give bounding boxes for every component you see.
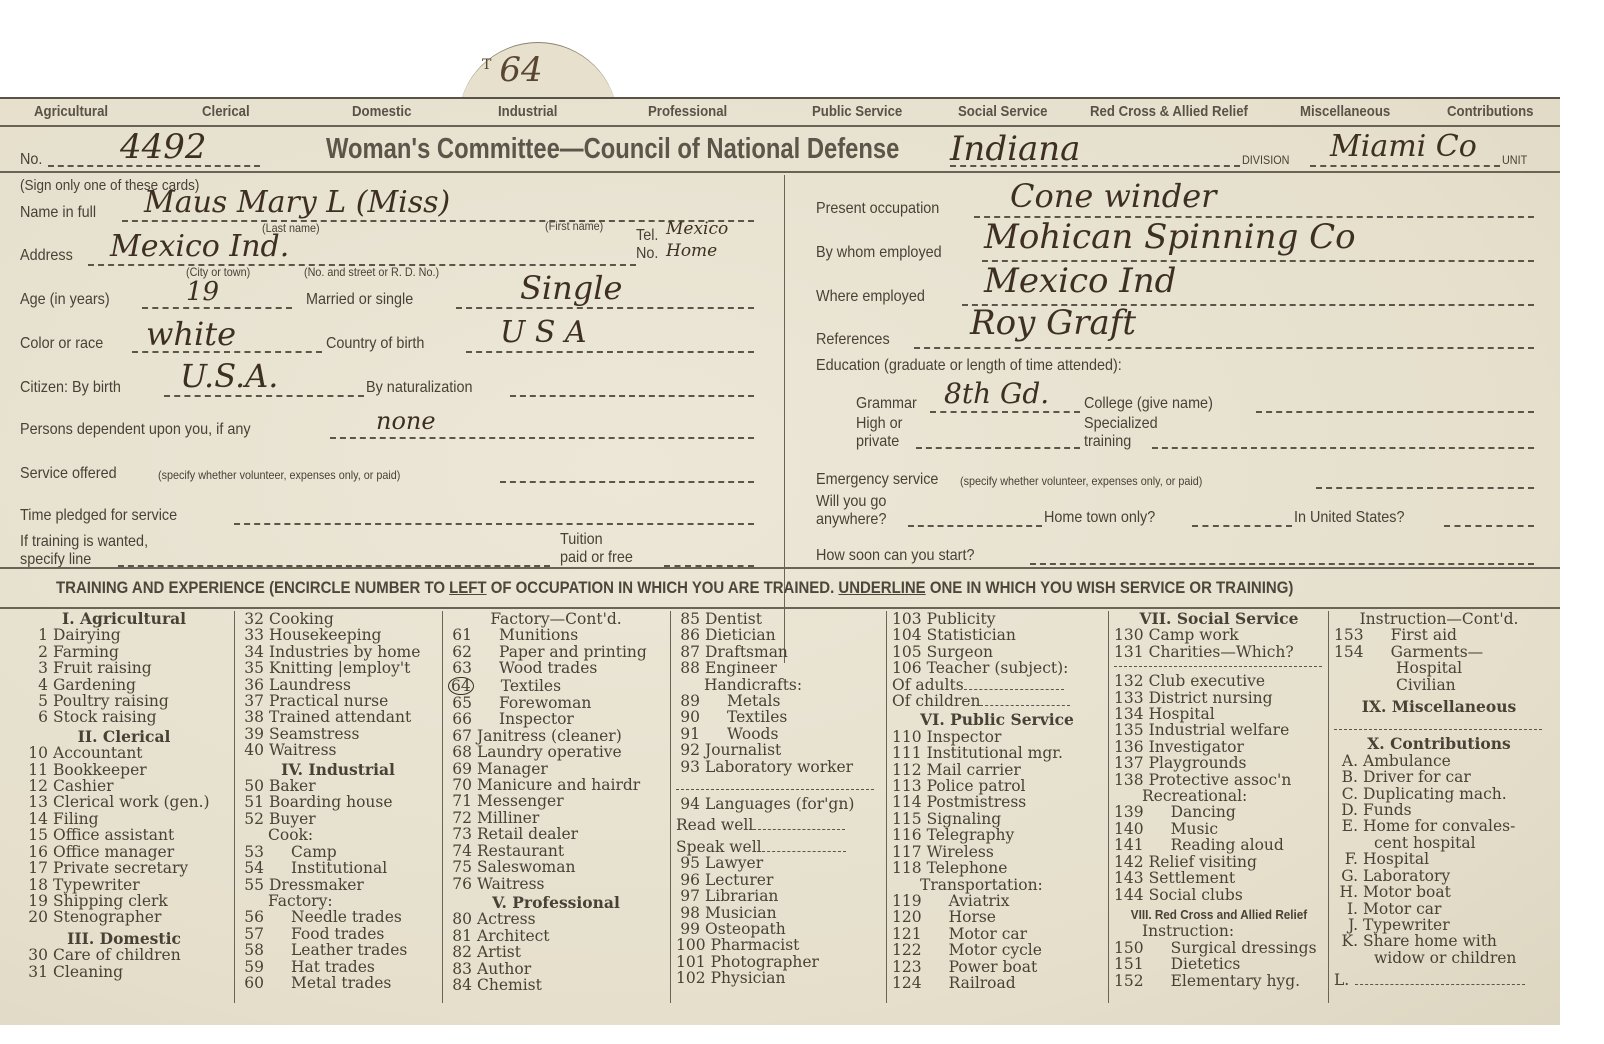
occupation-number: 142: [1114, 854, 1144, 870]
occupation-item[interactable]: 91Woods: [676, 726, 876, 742]
occupation-item[interactable]: 119Aviatrix: [892, 893, 1102, 909]
occupation-number: 140: [1114, 821, 1144, 837]
occupation-item[interactable]: 53Camp: [240, 844, 436, 860]
tel-label: Tel.: [636, 227, 658, 245]
occupation-number: 11: [24, 762, 48, 778]
occupation-number: 19: [24, 893, 48, 909]
occupation-number: 66: [448, 711, 472, 727]
occupation-number: 81: [448, 928, 472, 944]
tab-note: T64: [482, 50, 543, 90]
occupation-label: Garments—: [1369, 643, 1484, 661]
occupation-item[interactable]: 2Farming: [24, 644, 224, 660]
occupation-number: 98: [676, 905, 700, 921]
occupation-item[interactable]: 151Dietetics: [1114, 956, 1324, 972]
occupation-item[interactable]: 59Hat trades: [240, 959, 436, 975]
occupation-item[interactable]: 152Elementary hyg.: [1114, 973, 1324, 989]
occupation-number: 152: [1114, 973, 1144, 989]
occupation-label: Pharmacist: [711, 936, 800, 954]
references-value: Roy Graft: [970, 303, 1136, 343]
unit-label: Unit: [1502, 153, 1527, 167]
occupation-label: Languages (for'gn): [705, 795, 854, 813]
occupation-item[interactable]: 112Mail carrier: [892, 762, 1102, 778]
occupation-label: Fruit raising: [53, 659, 152, 677]
occupation-number: 82: [448, 944, 472, 960]
occupation-number: 85: [676, 611, 700, 627]
occupation-item[interactable]: 17Private secretary: [24, 860, 224, 876]
heading-miscellaneous: IX. Miscellaneous: [1334, 699, 1544, 715]
occupation-item[interactable]: 4Gardening: [24, 677, 224, 693]
occupation-number: I.: [1334, 901, 1358, 917]
occupation-item[interactable]: 105Surgeon: [892, 644, 1102, 660]
occupation-number: 87: [676, 644, 700, 660]
occupation-label: Librarian: [705, 887, 778, 905]
occupation-item[interactable]: 20Stenographer: [24, 909, 224, 925]
occupation-item[interactable]: 102Physician: [676, 970, 876, 986]
occupation-item[interactable]: K.Share home with: [1334, 933, 1544, 949]
occupation-item[interactable]: 10Accountant: [24, 745, 224, 761]
occupation-label: Dressmaker: [269, 876, 364, 894]
naturalization-label: By naturalization: [366, 379, 472, 397]
occupation-label: Waitress: [477, 875, 545, 893]
references-line: [914, 347, 1534, 349]
occupation-item[interactable]: 35Knitting |employ't: [240, 660, 436, 676]
card-title: Woman's Committee—Council of National De…: [326, 133, 899, 166]
occupation-label: Hat trades: [269, 958, 375, 976]
occupation-item[interactable]: 144Social clubs: [1114, 887, 1324, 903]
occupation-item[interactable]: 82Artist: [448, 944, 664, 960]
occupation-item[interactable]: 106Teacher (subject):: [892, 660, 1102, 676]
birth-country-line: [466, 351, 754, 353]
occupation-item[interactable]: 118Telephone: [892, 860, 1102, 876]
heading-domestic: III. Domestic: [24, 931, 224, 947]
occupation-item[interactable]: 85Dentist: [676, 611, 876, 627]
occupation-item[interactable]: 113Police patrol: [892, 778, 1102, 794]
column-separator: [886, 611, 887, 1003]
occupation-label: Dentist: [705, 610, 762, 628]
occupation-item[interactable]: 76Waitress: [448, 876, 664, 892]
occupation-label: Architect: [477, 927, 550, 945]
occupation-item[interactable]: 52Buyer: [240, 811, 436, 827]
occupation-label: Journalist: [705, 741, 781, 759]
occupation-item[interactable]: 75Saleswoman: [448, 859, 664, 875]
occupation-item[interactable]: 55Dressmaker: [240, 877, 436, 893]
children-field: Of children: [892, 693, 1102, 709]
occupation-item[interactable]: 100Pharmacist: [676, 937, 876, 953]
occupation-number: 104: [892, 627, 922, 643]
anywhere-question: anywhere?: [816, 511, 886, 529]
occupation-item[interactable]: 1Dairying: [24, 627, 224, 643]
occupation-label: Railroad: [927, 974, 1016, 992]
occupation-number: 61: [448, 627, 472, 643]
occupation-item[interactable]: 15Office assistant: [24, 827, 224, 843]
occupation-item[interactable]: 103Publicity: [892, 611, 1102, 627]
occupation-item[interactable]: 95Lawyer: [676, 855, 876, 871]
blank-line: [676, 789, 874, 790]
occupation-item[interactable]: 154Garments—: [1334, 644, 1544, 660]
occupation-item[interactable]: 83Author: [448, 961, 664, 977]
occupation-item[interactable]: 104Statistician: [892, 627, 1102, 643]
occupation-item[interactable]: 153First aid: [1334, 627, 1544, 643]
handicrafts-subheading: Handicrafts:: [676, 677, 876, 693]
occupation-item[interactable]: 33Housekeeping: [240, 627, 436, 643]
occupation-label: Messenger: [477, 792, 564, 810]
division-value: Indiana: [950, 129, 1080, 169]
occupation-item[interactable]: 67Janitress (cleaner): [448, 728, 664, 744]
address-label: Address: [20, 247, 73, 265]
occupation-item[interactable]: 134Hospital: [1114, 706, 1324, 722]
occupation-item[interactable]: 87Draftsman: [676, 644, 876, 660]
dependents-value: none: [376, 407, 436, 435]
occupation-number: 139: [1114, 804, 1144, 820]
occupation-item[interactable]: 122Motor cycle: [892, 942, 1102, 958]
occupation-item[interactable]: 114Postmistress: [892, 794, 1102, 810]
column-separator: [1108, 611, 1109, 1003]
occupation-item[interactable]: 38Trained attendant: [240, 709, 436, 725]
occupation-label: Dairying: [53, 626, 121, 644]
occupation-item[interactable]: 50Baker: [240, 778, 436, 794]
occupation-item[interactable]: 36Laundress: [240, 677, 436, 693]
occupation-label: Restaurant: [477, 842, 564, 860]
occupation-item[interactable]: 120Horse: [892, 909, 1102, 925]
occupation-label: Textiles: [479, 677, 561, 695]
occupation-column-4: 85Dentist86Dietician87Draftsman88Enginee…: [676, 611, 876, 1025]
occupation-item[interactable]: 80Actress: [448, 911, 664, 927]
occupation-label: Seamstress: [269, 725, 359, 743]
occupation-item[interactable]: 11Bookkeeper: [24, 762, 224, 778]
age-line: [142, 307, 292, 309]
occupation-item[interactable]: 101Photographer: [676, 954, 876, 970]
occupation-label: Gardening: [53, 676, 136, 694]
occupation-number: 154: [1334, 644, 1364, 660]
category-contributions: Contributions: [1447, 103, 1534, 120]
occupation-item[interactable]: 18Typewriter: [24, 877, 224, 893]
occupation-item[interactable]: 89Metals: [676, 693, 876, 709]
occupation-item[interactable]: 141Reading aloud: [1114, 837, 1324, 853]
occupation-label: Horse: [927, 908, 996, 926]
occupation-item[interactable]: 61Munitions: [448, 627, 664, 643]
occupation-item[interactable]: 117Wireless: [892, 844, 1102, 860]
occupation-label: Motor boat: [1363, 883, 1451, 901]
occupation-number: 50: [240, 778, 264, 794]
occupation-label: Wireless: [927, 843, 994, 861]
occupation-number: 53: [240, 844, 264, 860]
occupation-label: First aid: [1369, 626, 1457, 644]
occupation-label: Aviatrix: [927, 892, 1010, 910]
occupation-item[interactable]: 94Languages (for'gn): [676, 796, 876, 812]
citizen-line: [164, 395, 364, 397]
occupation-number: 151: [1114, 956, 1144, 972]
category-clerical: Clerical: [202, 103, 250, 120]
occupation-label: Milliner: [477, 809, 539, 827]
age-value: 19: [186, 277, 219, 307]
occupation-item[interactable]: 63Wood trades: [448, 660, 664, 676]
occupation-item[interactable]: 97Librarian: [676, 888, 876, 904]
occupation-item[interactable]: 90Textiles: [676, 709, 876, 725]
occupation-item[interactable]: 37Practical nurse: [240, 693, 436, 709]
occupation-number: 143: [1114, 870, 1144, 886]
where-label: Where employed: [816, 288, 925, 306]
occupation-number: 92: [676, 742, 700, 758]
occupation-number: 123: [892, 959, 922, 975]
occupation-label: Reading aloud: [1149, 836, 1284, 854]
occupation-item[interactable]: 65Forewoman: [448, 695, 664, 711]
occupation-item[interactable]: 54Institutional: [240, 860, 436, 876]
dependents-line: [330, 437, 754, 439]
occupation-number: 75: [448, 859, 472, 875]
occupation-label: Playgrounds: [1149, 754, 1247, 772]
occupation-label: Share home with: [1363, 932, 1497, 950]
circled-occupation-number: 64: [448, 677, 474, 695]
occupation-number: 134: [1114, 706, 1144, 722]
occupation-number: 84: [448, 977, 472, 993]
occupation-item[interactable]: 70Manicure and hairdr: [448, 777, 664, 793]
birth-country-value: U S A: [500, 315, 587, 350]
occupation-number: 100: [676, 937, 706, 953]
read-well-field: Read well: [676, 817, 876, 833]
occupation-number: 91: [676, 726, 700, 742]
occupation-number: 144: [1114, 887, 1144, 903]
college-line: [1256, 411, 1534, 413]
occupation-item[interactable]: 131Charities—Which?: [1114, 644, 1324, 660]
occupation-number: 36: [240, 677, 264, 693]
occupation-label: Motor car: [1363, 900, 1441, 918]
occupation-item[interactable]: 32Cooking: [240, 611, 436, 627]
occupation-item[interactable]: 138Protective assoc'n: [1114, 772, 1324, 788]
occupation-label: Driver for car: [1363, 768, 1471, 786]
occupation-number: 132: [1114, 673, 1144, 689]
occupation-item[interactable]: 19Shipping clerk: [24, 893, 224, 909]
occupation-label: District nursing: [1149, 689, 1273, 707]
occupation-item[interactable]: 139Dancing: [1114, 804, 1324, 820]
occupation-label: Housekeeping: [269, 626, 381, 644]
occupation-label: Metals: [705, 692, 780, 710]
occupation-label: Waitress: [269, 741, 337, 759]
occupation-item[interactable]: A.Ambulance: [1334, 753, 1544, 769]
occupation-number: 110: [892, 729, 922, 745]
occupation-label: Laboratory worker: [705, 758, 853, 776]
occupation-item[interactable]: 110Inspector: [892, 729, 1102, 745]
occupation-item[interactable]: 130Camp work: [1114, 627, 1324, 643]
occupation-number: D.: [1334, 802, 1358, 818]
occupation-item[interactable]: C.Duplicating mach.: [1334, 786, 1544, 802]
factory-contd-heading: Factory—Cont'd.: [448, 611, 664, 627]
occupation-item[interactable]: 72Milliner: [448, 810, 664, 826]
occupation-item[interactable]: 60Metal trades: [240, 975, 436, 991]
name-label: Name in full: [20, 204, 96, 222]
occupation-label: Author: [477, 960, 531, 978]
high-line: [916, 447, 1080, 449]
occupation-item[interactable]: 69Manager: [448, 761, 664, 777]
unit-line: [1310, 165, 1500, 167]
occupation-item[interactable]: 124Railroad: [892, 975, 1102, 991]
occupation-number: F.: [1334, 851, 1358, 867]
occupation-item[interactable]: 30Care of children: [24, 947, 224, 963]
occupation-number: 32: [240, 611, 264, 627]
occupation-item[interactable]: 93Laboratory worker: [676, 759, 876, 775]
occupation-item[interactable]: 57Food trades: [240, 926, 436, 942]
recreational-subheading: Recreational:: [1114, 788, 1324, 804]
occupation-item[interactable]: 66Inspector: [448, 711, 664, 727]
occupation-label: Signaling: [927, 810, 1002, 828]
factory-subheading: Factory:: [240, 893, 436, 909]
occupation-number: 124: [892, 975, 922, 991]
occupation-item[interactable]: 6Stock raising: [24, 709, 224, 725]
occupation-item[interactable]: 81Architect: [448, 928, 664, 944]
occupation-item[interactable]: 115Signaling: [892, 811, 1102, 827]
occupation-item[interactable]: B.Driver for car: [1334, 769, 1544, 785]
occupation-item[interactable]: 39Seamstress: [240, 726, 436, 742]
occupation-item[interactable]: 96Lecturer: [676, 872, 876, 888]
occupation-item[interactable]: E.Home for convales-: [1334, 818, 1544, 834]
occupation-label: Janitress (cleaner): [477, 727, 622, 745]
tel-no-label: No.: [636, 245, 658, 263]
occupation-number: 20: [24, 909, 48, 925]
occupation-item[interactable]: 143Settlement: [1114, 870, 1324, 886]
anywhere-line: [908, 525, 1042, 527]
blank-line: [1114, 666, 1322, 667]
married-value: Single: [520, 269, 622, 307]
occupation-label: Engineer: [705, 659, 777, 677]
occupation-item[interactable]: 64Textiles: [448, 677, 664, 695]
hometown-line: [1192, 525, 1292, 527]
occupation-number: 31: [24, 964, 48, 980]
occupation-item[interactable]: 73Retail dealer: [448, 826, 664, 842]
occupation-column-3: Factory—Cont'd. 61Munitions62Paper and p…: [448, 611, 664, 1025]
instruction-subheading: Instruction:: [1114, 923, 1324, 939]
occupation-label: Charities—Which?: [1149, 643, 1294, 661]
occupation-item[interactable]: 99Osteopath: [676, 921, 876, 937]
occupation-number: 34: [240, 644, 264, 660]
occupation-item[interactable]: 71Messenger: [448, 793, 664, 809]
occupation-item[interactable]: 121Motor car: [892, 926, 1102, 942]
occupation-label: Club executive: [1149, 672, 1266, 690]
occupation-number: 73: [448, 826, 472, 842]
time-label: Time pledged for service: [20, 507, 177, 525]
employer-label: By whom employed: [816, 244, 942, 262]
grammar-line: [930, 411, 1080, 413]
race-label: Color or race: [20, 335, 103, 353]
occupation-number: 115: [892, 811, 922, 827]
high-label: High or: [856, 415, 902, 433]
occupation-number: 116: [892, 827, 922, 843]
occupation-number: 38: [240, 709, 264, 725]
occupation-item[interactable]: 3Fruit raising: [24, 660, 224, 676]
occupation-item[interactable]: 133District nursing: [1114, 690, 1324, 706]
occupation-label: Surgeon: [927, 643, 993, 661]
occupation-item[interactable]: 62Paper and printing: [448, 644, 664, 660]
occupation-number: 15: [24, 827, 48, 843]
occupation-item[interactable]: 132Club executive: [1114, 673, 1324, 689]
contribution-continued: cent hospital: [1334, 835, 1544, 851]
heading-professional: V. Professional: [448, 895, 664, 911]
occupation-item[interactable]: 140Music: [1114, 821, 1324, 837]
occupation-item[interactable]: 56Needle trades: [240, 909, 436, 925]
occupation-item[interactable]: 150Surgical dressings: [1114, 940, 1324, 956]
occupation-label: Trained attendant: [269, 708, 411, 726]
occupation-number: 76: [448, 876, 472, 892]
occupation-number: 14: [24, 811, 48, 827]
occupation-label: Inspector: [477, 710, 574, 728]
occupation-label: Munitions: [477, 626, 578, 644]
occupation-item[interactable]: G.Laboratory: [1334, 868, 1544, 884]
occupation-label: Private secretary: [53, 859, 188, 877]
occupation-label: Lawyer: [705, 854, 763, 872]
occupation-item[interactable]: 74Restaurant: [448, 843, 664, 859]
occupation-number: 106: [892, 660, 922, 676]
occupation-label: Metal trades: [269, 974, 391, 992]
name-line: [122, 220, 754, 222]
occupation-item[interactable]: J.Typewriter: [1334, 917, 1544, 933]
education-label: Education (graduate or length of time at…: [816, 357, 1122, 375]
occupation-item[interactable]: 137Playgrounds: [1114, 755, 1324, 771]
occupation-item[interactable]: 86Dietician: [676, 627, 876, 643]
occupation-item[interactable]: 98Musician: [676, 905, 876, 921]
garments-civilian: Civilian: [1334, 677, 1544, 693]
occupation-label: Settlement: [1149, 869, 1235, 887]
occupation-item[interactable]: 14Filing: [24, 811, 224, 827]
occupation-item[interactable]: 84Chemist: [448, 977, 664, 993]
heading-public-service: VI. Public Service: [892, 712, 1102, 728]
occupation-item[interactable]: 111Institutional mgr.: [892, 745, 1102, 761]
occupation-number: 58: [240, 942, 264, 958]
category-agricultural: Agricultural: [34, 103, 108, 120]
occupation-item[interactable]: 88Engineer: [676, 660, 876, 676]
occupation-label: Motor car: [927, 925, 1027, 943]
occupation-label: Protective assoc'n: [1149, 771, 1292, 789]
occupation-number: K.: [1334, 933, 1358, 949]
occupation-number: 93: [676, 759, 700, 775]
occupation-item[interactable]: 40Waitress: [240, 742, 436, 758]
occupation-item[interactable]: 16Office manager: [24, 844, 224, 860]
occupation-number: 37: [240, 693, 264, 709]
occupation-item[interactable]: 135Industrial welfare: [1114, 722, 1324, 738]
occupation-item[interactable]: D.Funds: [1334, 802, 1544, 818]
occupation-number: 18: [24, 877, 48, 893]
occupation-label: Physician: [711, 969, 786, 987]
occupation-number: 122: [892, 942, 922, 958]
occupation-item[interactable]: F.Hospital: [1334, 851, 1544, 867]
occupation-label: Motor cycle: [927, 941, 1042, 959]
occupation-item[interactable]: 142Relief visiting: [1114, 854, 1324, 870]
occupation-item[interactable]: 68Laundry operative: [448, 744, 664, 760]
occupation-item[interactable]: 123Power boat: [892, 959, 1102, 975]
heading-agricultural: I. Agricultural: [24, 611, 224, 627]
occupation-item[interactable]: 116Telegraphy: [892, 827, 1102, 843]
occupation-label: Chemist: [477, 976, 542, 994]
occupation-label: Institutional: [269, 859, 387, 877]
occupation-item[interactable]: 92Journalist: [676, 742, 876, 758]
occupation-number: 113: [892, 778, 922, 794]
transportation-subheading: Transportation:: [892, 877, 1102, 893]
occupation-item[interactable]: 136Investigator: [1114, 739, 1324, 755]
occupation-label: Laundress: [269, 676, 351, 694]
time-line: [234, 523, 754, 525]
occupation-item[interactable]: 13Clerical work (gen.): [24, 794, 224, 810]
occupation-number: 33: [240, 627, 264, 643]
occupation-item[interactable]: 12Cashier: [24, 778, 224, 794]
occupation-item[interactable]: 34Industries by home: [240, 644, 436, 660]
occupation-item[interactable]: I.Motor car: [1334, 901, 1544, 917]
occupation-item[interactable]: H.Motor boat: [1334, 884, 1544, 900]
occupation-number: 60: [240, 975, 264, 991]
occupation-item[interactable]: 51Boarding house: [240, 794, 436, 810]
occupation-item[interactable]: 58Leather trades: [240, 942, 436, 958]
occupation-item[interactable]: 5Poultry raising: [24, 693, 224, 709]
contribution-other-field: L.: [1334, 972, 1544, 988]
occupation-item[interactable]: 31Cleaning: [24, 964, 224, 980]
tuition-label: Tuition: [560, 531, 603, 549]
occupation-label: Shipping clerk: [53, 892, 168, 910]
